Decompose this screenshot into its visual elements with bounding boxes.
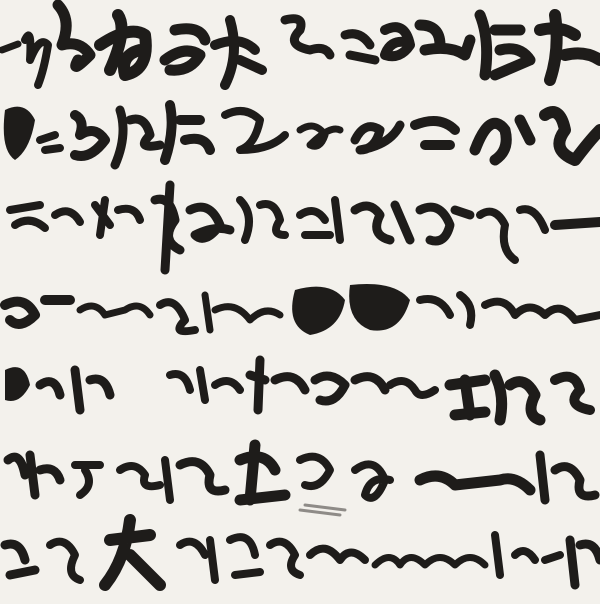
row-7 [5, 520, 600, 585]
row-6 [8, 445, 595, 515]
row-4 [5, 284, 600, 335]
row-5 [5, 360, 590, 420]
row-2 [4, 105, 600, 165]
row-1 [2, 5, 600, 85]
ink-strokes [0, 0, 600, 604]
calligraphy-artwork: cursive script (caoshu) [0, 0, 600, 604]
row-3 [10, 185, 600, 270]
